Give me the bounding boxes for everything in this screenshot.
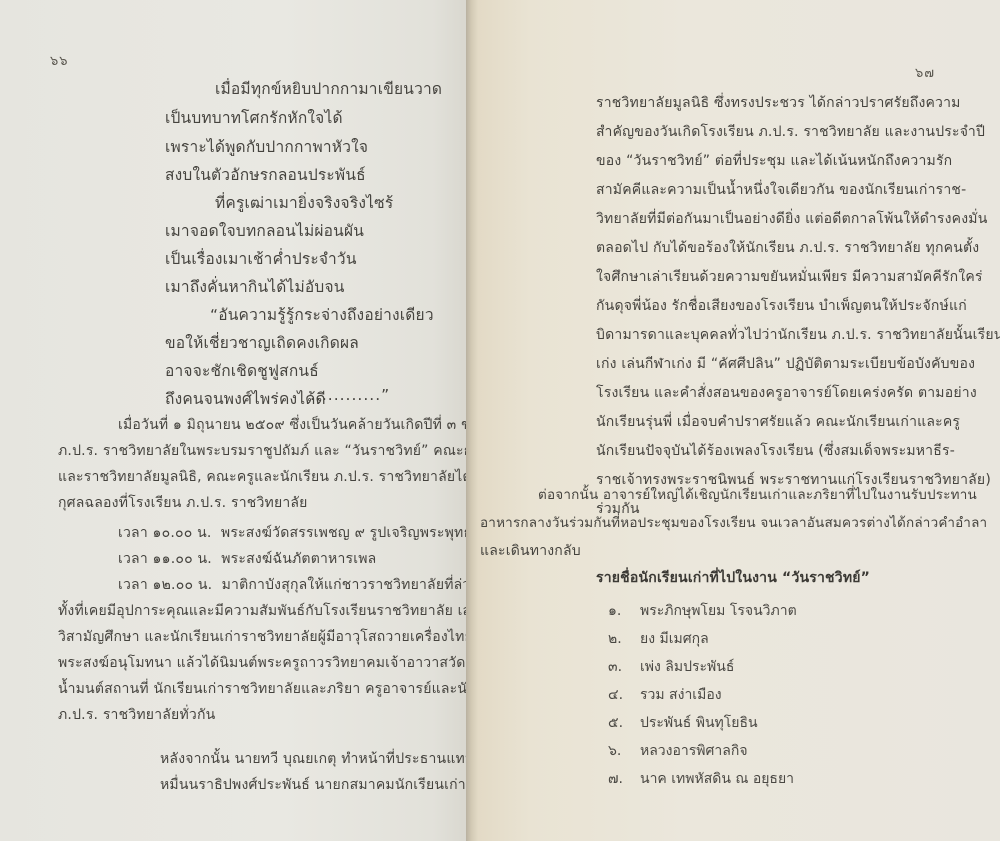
text-line: ใจศึกษาเล่าเรียนด้วยความขยันหมั่นเพียร ม… <box>596 266 983 288</box>
text-line: อาหารกลางวันร่วมกันที่หอประชุมของโรงเรีย… <box>480 511 987 533</box>
text-line: เก่ง เล่นกีฬาเก่ง มี “คัศศีปลิน” ปฏิบัติ… <box>596 353 975 375</box>
text-line: และราชวิทยาลัยมูลนิธิ, คณะครูและนักเรียน… <box>58 466 470 488</box>
poem-line: “อันความรู้รู้กระจ่างถึงอย่างเดียว <box>210 302 434 327</box>
attendee-item: ๒.ยง มีเมศกุล <box>608 628 709 650</box>
attendee-name: นาค เทพหัสดิน ณ อยุธยา <box>640 771 794 787</box>
text-line: ต่อจากนั้น อาจารย์ใหญ่ได้เชิญนักเรียนเก่… <box>538 483 977 505</box>
text-line: พระสงฆ์อนุโมทนา แล้วได้นิมนต์พระครูถาวรว… <box>58 652 470 674</box>
page-number-left: ๖๖ <box>50 50 69 71</box>
text-line: วิสามัญศึกษา และนักเรียนเก่าราชวิทยาลัยผ… <box>58 626 470 648</box>
poem-line: เพราะได้พูดกับปากกาพาหัวใจ <box>165 134 368 159</box>
poem-ellipsis: ............” <box>310 386 390 404</box>
attendee-item: ๖.หลวงอารพิศาลกิจ <box>608 740 748 762</box>
item-number: ๕. <box>608 712 640 734</box>
text-line: กันดุจพี่น้อง รักชื่อเสียงของโรงเรียน บำ… <box>596 295 967 317</box>
text-line: ภ.ป.ร. ราชวิทยาลัยในพระบรมราชูปถัมภ์ และ… <box>58 440 470 462</box>
text-line: หลังจากนั้น นายทวี บุณยเกตุ ทำหน้าที่ประ… <box>160 748 470 770</box>
schedule-item: เวลา ๑๒.๐๐ น. มาติกาบังสุกุลให้แก่ชาวราช… <box>118 574 470 596</box>
item-number: ๗. <box>608 768 640 790</box>
attendee-item: ๕.ประพันธ์ พินทุโยธิน <box>608 712 758 734</box>
poem-line: เป็นบทบาทโศกรักหักใจได้ <box>165 105 343 130</box>
text-line: เมื่อวันที่ ๑ มิถุนายน ๒๕๐๙ ซึ่งเป็นวันค… <box>118 414 470 436</box>
item-number: ๔. <box>608 684 640 706</box>
attendee-item: ๓.เพ่ง ลิมประพันธ์ <box>608 656 734 678</box>
poem-line: ถึงคนจนพงศ์ไพร่คงได้ดี <box>165 386 326 411</box>
right-page: ๖๗ ราชวิทยาลัยมูลนิธิ ซึ่งทรงประชวร ได้ก… <box>478 0 1000 841</box>
item-number: ๑. <box>608 600 640 622</box>
schedule-text: พระสงฆ์วัดสรรเพชญ ๙ รูปเจริญพระพุทธมนต์ <box>221 525 470 541</box>
poem-line: สงบในตัวอักษรกลอนประพันธ์ <box>165 162 366 187</box>
text-line: ทั้งที่เคยมีอุปการะคุณและมีความสัมพันธ์ก… <box>58 600 470 622</box>
attendee-name: รวม สง่าเมือง <box>640 687 722 703</box>
page-number-right: ๖๗ <box>915 62 935 83</box>
text-line: สำคัญของวันเกิดโรงเรียน ภ.ป.ร. ราชวิทยาล… <box>596 121 985 143</box>
schedule-time: เวลา ๑๐.๐๐ น. <box>118 525 212 541</box>
schedule-text: พระสงฆ์ฉันภัตตาหารเพล <box>221 551 376 567</box>
text-line: และเดินทางกลับ <box>480 540 581 562</box>
item-number: ๓. <box>608 656 640 678</box>
poem-line: ที่ครูเฒ่าเมายิ่งจริงจริงไซร้ <box>215 190 393 215</box>
text-line: สามัคคีและความเป็นน้ำหนึ่งใจเดียวกัน ของ… <box>596 179 966 201</box>
schedule-time: เวลา ๑๒.๐๐ น. <box>118 577 212 593</box>
poem-line: เป็นเรื่องเมาเช้าค่ำประจำวัน <box>165 246 357 271</box>
schedule-time: เวลา ๑๑.๐๐ น. <box>118 551 212 567</box>
attendee-name: พระภิกษุพโยม โรจนวิภาต <box>640 603 797 619</box>
attendee-item: ๔.รวม สง่าเมือง <box>608 684 722 706</box>
schedule-text: มาติกาบังสุกุลให้แก่ชาวราชวิทยาลัยที่ล่ว… <box>222 577 470 593</box>
text-line: นักเรียนรุ่นพี่ เมื่อจบคำปราศรัยแล้ว คณะ… <box>596 411 960 433</box>
poem-line: เมาจอดใจบทกลอนไม่ผ่อนผัน <box>165 218 364 243</box>
text-line: วิทยาลัยที่มีต่อกันมาเป็นอย่างดียิ่ง แต่… <box>596 208 987 230</box>
text-line: นักเรียนปัจจุบันได้ร้องเพลงโรงเรียน (ซึ่… <box>596 440 955 462</box>
attendee-name: เพ่ง ลิมประพันธ์ <box>640 659 734 675</box>
schedule-item: เวลา ๑๑.๐๐ น. พระสงฆ์ฉันภัตตาหารเพล <box>118 548 376 570</box>
poem-line: เมื่อมีทุกข์หยิบปากกามาเขียนวาด <box>215 76 442 101</box>
left-page: ๖๖ เมื่อมีทุกข์หยิบปากกามาเขียนวาด เป็นบ… <box>0 0 470 841</box>
text-line: ราชวิทยาลัยมูลนิธิ ซึ่งทรงประชวร ได้กล่า… <box>596 92 961 114</box>
poem-line: อาจจะชักเชิดชูฟูสกนธ์ <box>165 358 319 383</box>
text-line: น้ำมนต์สถานที่ นักเรียนเก่าราชวิทยาลัยแล… <box>58 678 470 700</box>
attendee-list-heading: รายชื่อนักเรียนเก่าที่ไปในงาน “วันราชวิท… <box>596 567 870 589</box>
poem-line: เมาถึงคั่นหากินได้ไม่อับจน <box>165 274 345 299</box>
attendee-name: หลวงอารพิศาลกิจ <box>640 743 748 759</box>
attendee-name: ยง มีเมศกุล <box>640 631 709 647</box>
text-line: บิดามารดาและบุคคลทั่วไปว่านักเรียน ภ.ป.ร… <box>596 324 1000 346</box>
text-line: กุศลฉลองที่โรงเรียน ภ.ป.ร. ราชวิทยาลัย <box>58 492 308 514</box>
item-number: ๒. <box>608 628 640 650</box>
item-number: ๖. <box>608 740 640 762</box>
text-line: ตลอดไป กับได้ขอร้องให้นักเรียน ภ.ป.ร. รา… <box>596 237 979 259</box>
text-line: ภ.ป.ร. ราชวิทยาลัยทั่วกัน <box>58 704 215 726</box>
schedule-item: เวลา ๑๐.๐๐ น. พระสงฆ์วัดสรรเพชญ ๙ รูปเจร… <box>118 522 470 544</box>
attendee-item: ๗.นาค เทพหัสดิน ณ อยุธยา <box>608 768 794 790</box>
text-line: โรงเรียน และคำสั่งสอนของครูอาจารย์โดยเคร… <box>596 382 977 404</box>
text-line: ของ “วันราชวิทย์” ต่อที่ประชุม และได้เน้… <box>596 150 952 172</box>
poem-line: ขอให้เชี่ยวชาญเถิดคงเกิดผล <box>165 330 359 355</box>
attendee-item: ๑.พระภิกษุพโยม โรจนวิภาต <box>608 600 797 622</box>
attendee-name: ประพันธ์ พินทุโยธิน <box>640 715 758 731</box>
text-line: หมื่นนราธิปพงศ์ประพันธ์ นายกสมาคมนักเรีย… <box>160 774 470 796</box>
